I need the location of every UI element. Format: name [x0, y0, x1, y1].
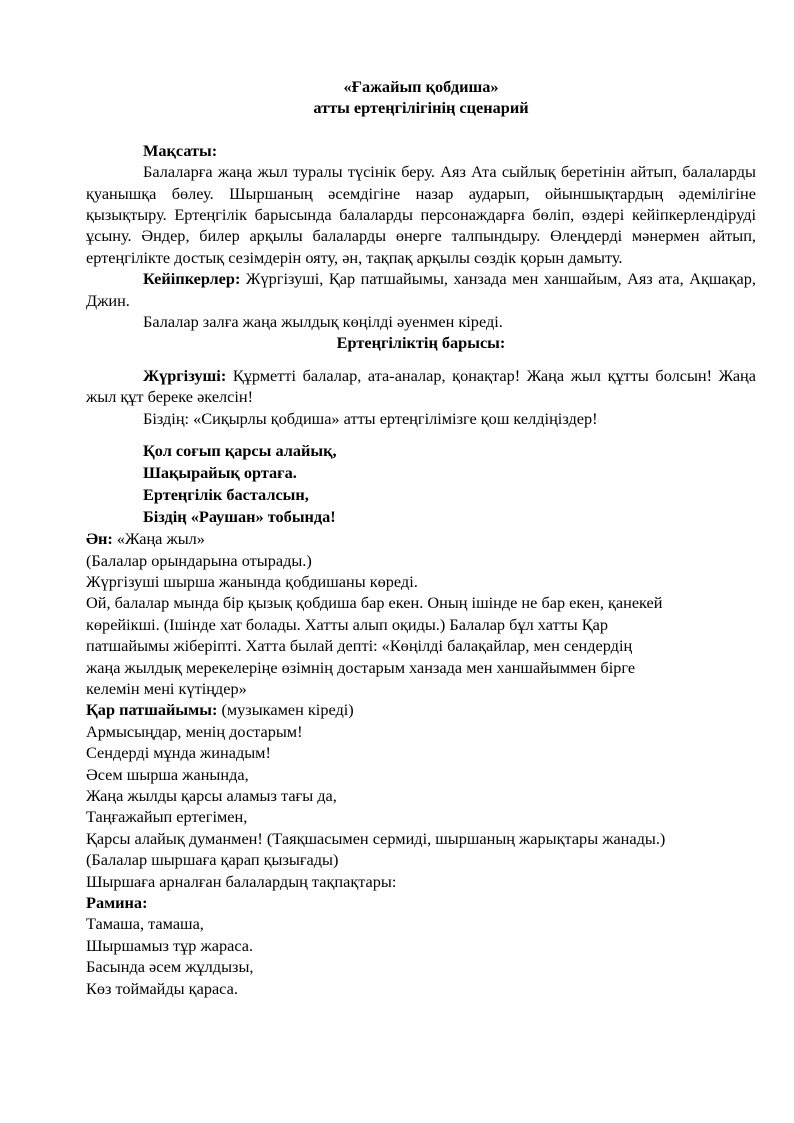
verse-line: Шыршамыз тұр жараса. [86, 935, 756, 956]
speech-line: Сендерді мұнда жинадым! [86, 742, 756, 763]
spacer [86, 354, 756, 365]
speech-line: (Балалар шыршаға қарап қызығады) [86, 849, 756, 870]
narrative-line: келемін мені күтіңдер» [86, 678, 756, 699]
title-line-2: атты ертеңгілігінің сценарий [86, 97, 756, 118]
narrative-line: Ой, балалар мында бір қызық қобдиша бар … [86, 592, 756, 613]
snow-queen-speech: Армысыңдар, менің достарым! Сендерді мұн… [86, 721, 756, 892]
speech-line: Қарсы алайық думанмен! (Таяқшасымен серм… [86, 828, 756, 849]
speech-line: Таңғажайып ертегімен, [86, 806, 756, 827]
host-paragraph: Жүргізуші: Құрметті балалар, ата-аналар,… [86, 365, 756, 408]
verse-line: Көз тоймайды қараса. [86, 978, 756, 999]
song-label: Ән: [86, 529, 113, 548]
progress-heading: Ертеңгіліктің барысы: [86, 332, 756, 353]
entry-text: Балалар залға жаңа жылдық көңілді әуенме… [86, 311, 756, 332]
speech-line: Жаңа жылды қарсы аламыз тағы да, [86, 785, 756, 806]
narrative-line: (Балалар орындарына отырады.) [86, 550, 756, 571]
narrative: (Балалар орындарына отырады.) Жүргізуші … [86, 550, 756, 700]
verse-line: Басында әсем жұлдызы, [86, 956, 756, 977]
snow-queen-label: Қар патшайымы: [86, 700, 217, 719]
characters-label: Кейіпкерлер: [143, 269, 240, 288]
speech-line: Әсем шырша жанында, [86, 764, 756, 785]
speech-line: Армысыңдар, менің достарым! [86, 721, 756, 742]
song-title: «Жаңа жыл» [113, 529, 205, 548]
spacer [86, 119, 756, 140]
document-page: «Ғажайып қобдиша» атты ертеңгілігінің сц… [86, 76, 756, 999]
narrative-line: жаңа жылдық мерекелеріңе өзімнің достары… [86, 657, 756, 678]
narrative-line: көрейікші. (Ішінде хат болады. Хатты алы… [86, 614, 756, 635]
narrative-line: Жүргізуші шырша жанында қобдишаны көреді… [86, 571, 756, 592]
ramina-label: Рамина: [86, 892, 756, 913]
spacer [86, 429, 756, 440]
snow-queen-stage: (музыкамен кіреді) [217, 700, 353, 719]
snow-queen-line: Қар патшайымы: (музыкамен кіреді) [86, 699, 756, 720]
host-label: Жүргізуші: [143, 366, 226, 385]
verse-line: Тамаша, тамаша, [86, 913, 756, 934]
host-welcome: Біздің: «Сиқырлы қобдиша» атты ертеңгілі… [86, 408, 756, 429]
narrative-line: патшайымы жіберіпті. Хатта былай депті: … [86, 635, 756, 656]
ramina-verse: Тамаша, тамаша, Шыршамыз тұр жараса. Бас… [86, 913, 756, 999]
speech-line: Шыршаға арналған балалардың тақпақтары: [86, 871, 756, 892]
verse-line: Қол соғып қарсы алайық, [86, 440, 756, 462]
title-line-1: «Ғажайып қобдиша» [86, 76, 756, 97]
characters-paragraph: Кейіпкерлер: Жүргізуші, Қар патшайымы, х… [86, 268, 756, 311]
goal-text: Балаларға жаңа жыл туралы түсінік беру. … [86, 161, 756, 268]
song-line: Ән: «Жаңа жыл» [86, 528, 756, 549]
verse-line: Шақырайық ортаға. [86, 462, 756, 484]
verse-line: Біздің «Раушан» тобында! [86, 506, 756, 528]
verse-1: Қол соғып қарсы алайық, Шақырайық ортаға… [86, 440, 756, 528]
goal-heading: Мақсаты: [86, 140, 756, 161]
verse-line: Ертеңгілік басталсын, [86, 484, 756, 506]
